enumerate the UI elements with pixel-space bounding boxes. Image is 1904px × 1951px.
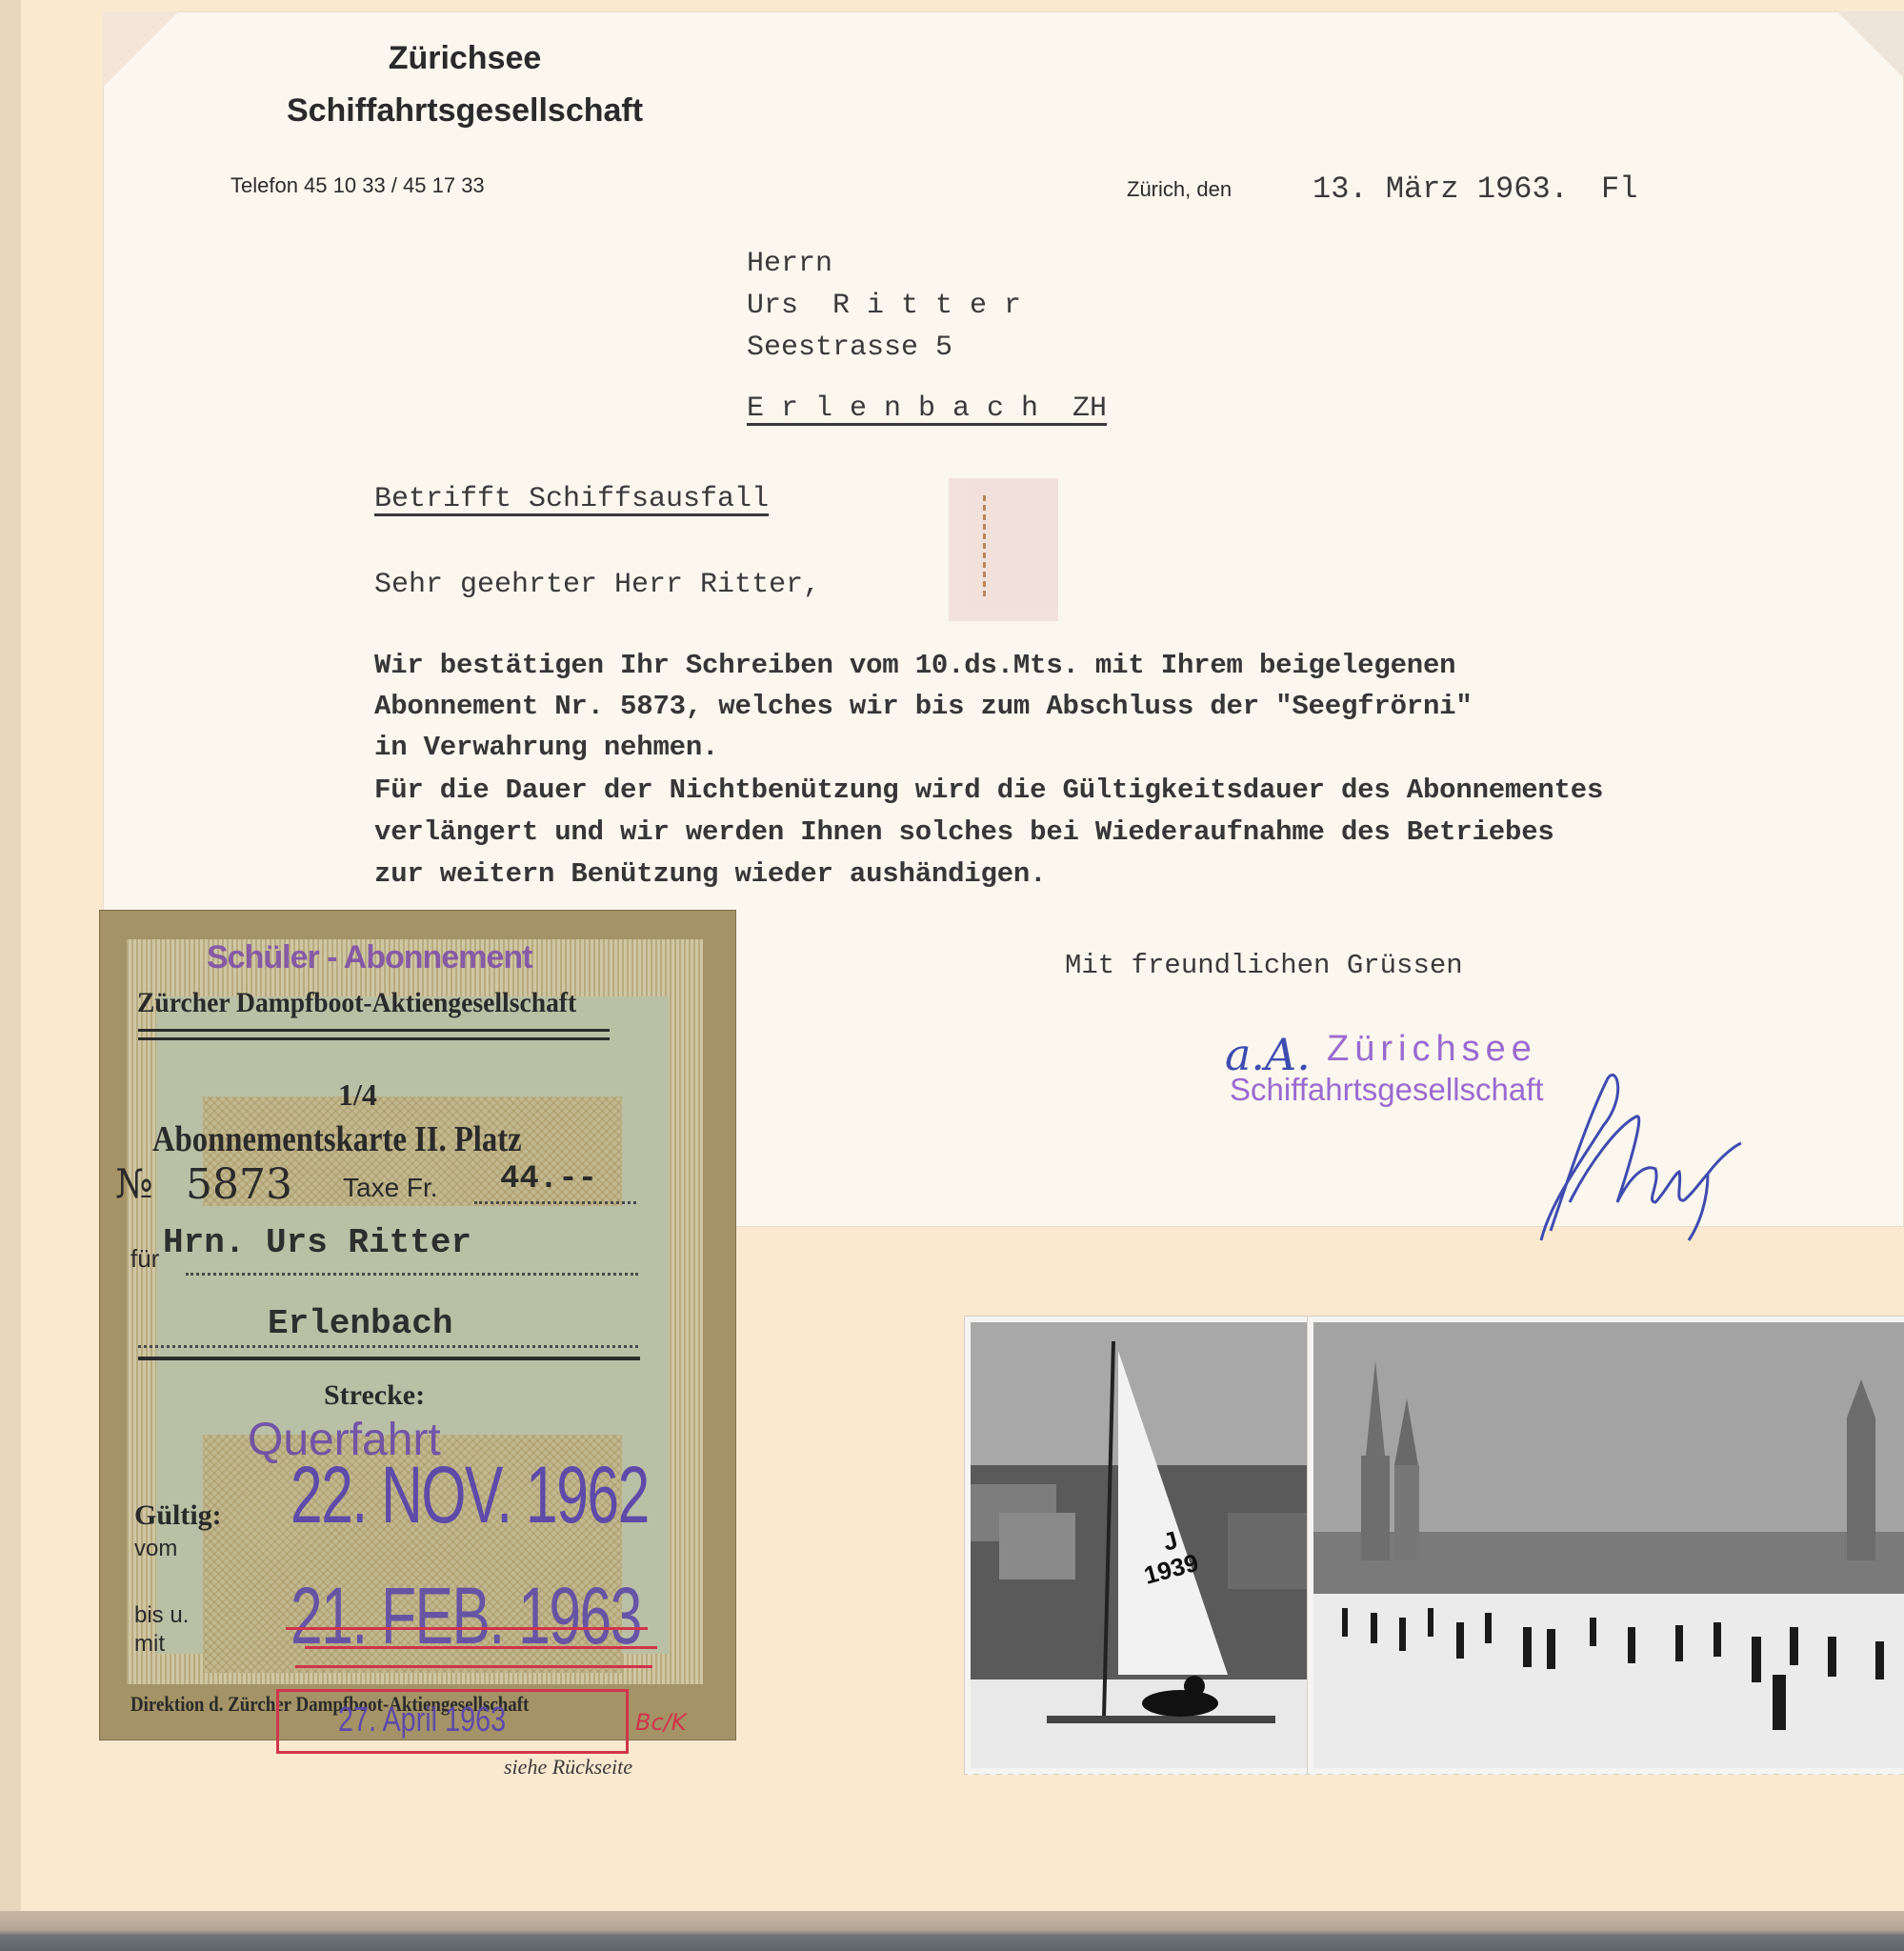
letter-subject: Betrifft Schiffsausfall xyxy=(374,483,769,515)
ticket-rule xyxy=(138,1029,610,1032)
photo-ice-yacht: J 1939 xyxy=(965,1317,1314,1774)
letterhead-company-line1: Zürichsee xyxy=(103,40,827,77)
ticket-number-symbol: № xyxy=(115,1160,153,1207)
letter-reference: Fl xyxy=(1601,171,1637,207)
ticket-holder-name: Hrn. Urs Ritter xyxy=(163,1223,471,1262)
ticket-number: 5873 xyxy=(186,1160,292,1209)
correction-initials: Bc/K xyxy=(635,1709,686,1736)
letter-greeting: Sehr geehrter Herr Ritter, xyxy=(374,569,820,601)
ticket-taxe-value: 44.-- xyxy=(500,1161,597,1197)
body-line: zur weitern Benützung wieder aushändigen… xyxy=(374,858,1046,890)
paper-stain xyxy=(949,478,1058,621)
recipient-city: E r l e n b a c h ZH xyxy=(747,392,1107,425)
album-bottom-edge xyxy=(0,1911,1904,1951)
ticket-rule xyxy=(138,1357,640,1360)
ticket-new-valid-until: 27. April 1963 xyxy=(338,1700,506,1740)
letterhead-phone: Telefon 45 10 33 / 45 17 33 xyxy=(230,173,485,198)
deckled-edge xyxy=(1308,1770,1904,1778)
ticket-taxe-label: Taxe Fr. xyxy=(343,1173,438,1203)
recipient-salutation: Herrn xyxy=(747,248,832,280)
body-line: verlängert und wir werden Ihnen solches … xyxy=(374,816,1554,848)
ticket-see-back: siehe Rückseite xyxy=(504,1755,632,1780)
letterhead-company-line2: Schiffahrtsgesellschaft xyxy=(103,92,827,130)
deckled-edge xyxy=(965,1770,1314,1778)
signature-icon xyxy=(1513,1059,1779,1250)
letter-date: 13. März 1963. xyxy=(1313,171,1569,207)
ticket-valid-label: Gültig: xyxy=(134,1499,222,1532)
ticket-dotted-line xyxy=(474,1201,636,1204)
recipient-street: Seestrasse 5 xyxy=(747,332,952,364)
ticket-until-label-2: mit xyxy=(134,1630,189,1659)
strikethrough-line xyxy=(295,1665,652,1668)
album-spine xyxy=(0,0,23,1951)
body-line: Wir bestätigen Ihr Schreiben vom 10.ds.M… xyxy=(374,650,1455,681)
ticket-until-label: bis u. mit xyxy=(134,1601,189,1659)
ticket-from-label: vom xyxy=(134,1536,177,1562)
ticket-until-label-1: bis u. xyxy=(134,1601,189,1630)
company-stamp-line2: Schiffahrtsgesellschaft xyxy=(1230,1072,1544,1108)
subscription-ticket: Schüler - Abonnement Zürcher Dampfboot-A… xyxy=(99,910,736,1740)
body-line: Abonnement Nr. 5873, welches wir bis zum… xyxy=(374,691,1473,722)
ticket-dotted-line xyxy=(138,1345,638,1348)
letterhead-place-label: Zürich, den xyxy=(1127,177,1232,202)
body-line: Für die Dauer der Nichtbenützung wird di… xyxy=(374,774,1603,806)
photo-frozen-lake-crowd xyxy=(1308,1317,1904,1774)
ticket-for-label: für xyxy=(130,1244,159,1274)
ticket-type-stamp: Schüler - Abonnement xyxy=(207,939,531,976)
ticket-company: Zürcher Dampfboot-Aktiengesellschaft xyxy=(137,987,576,1019)
ticket-route-label: Strecke: xyxy=(324,1379,425,1412)
ice-yacht-image-icon: J 1939 xyxy=(971,1322,1309,1768)
company-stamp-line1: Zürichsee xyxy=(1327,1029,1537,1070)
frozen-lake-image-icon xyxy=(1313,1322,1904,1768)
ticket-kind: Abonnementskarte II. Platz xyxy=(152,1118,522,1160)
strikethrough-line xyxy=(305,1646,657,1649)
strikethrough-line xyxy=(286,1627,648,1630)
body-line: in Verwahrung nehmen. xyxy=(374,732,718,763)
ticket-dotted-line xyxy=(186,1273,638,1276)
letter-closing: Mit freundlichen Grüssen xyxy=(1065,950,1463,981)
ticket-valid-from: 22. NOV. 1962 xyxy=(291,1449,649,1541)
ticket-fraction: 1/4 xyxy=(338,1077,377,1113)
ticket-rule xyxy=(138,1037,610,1040)
recipient-name: Urs R i t t e r xyxy=(747,290,1021,322)
ticket-holder-place: Erlenbach xyxy=(268,1304,452,1343)
